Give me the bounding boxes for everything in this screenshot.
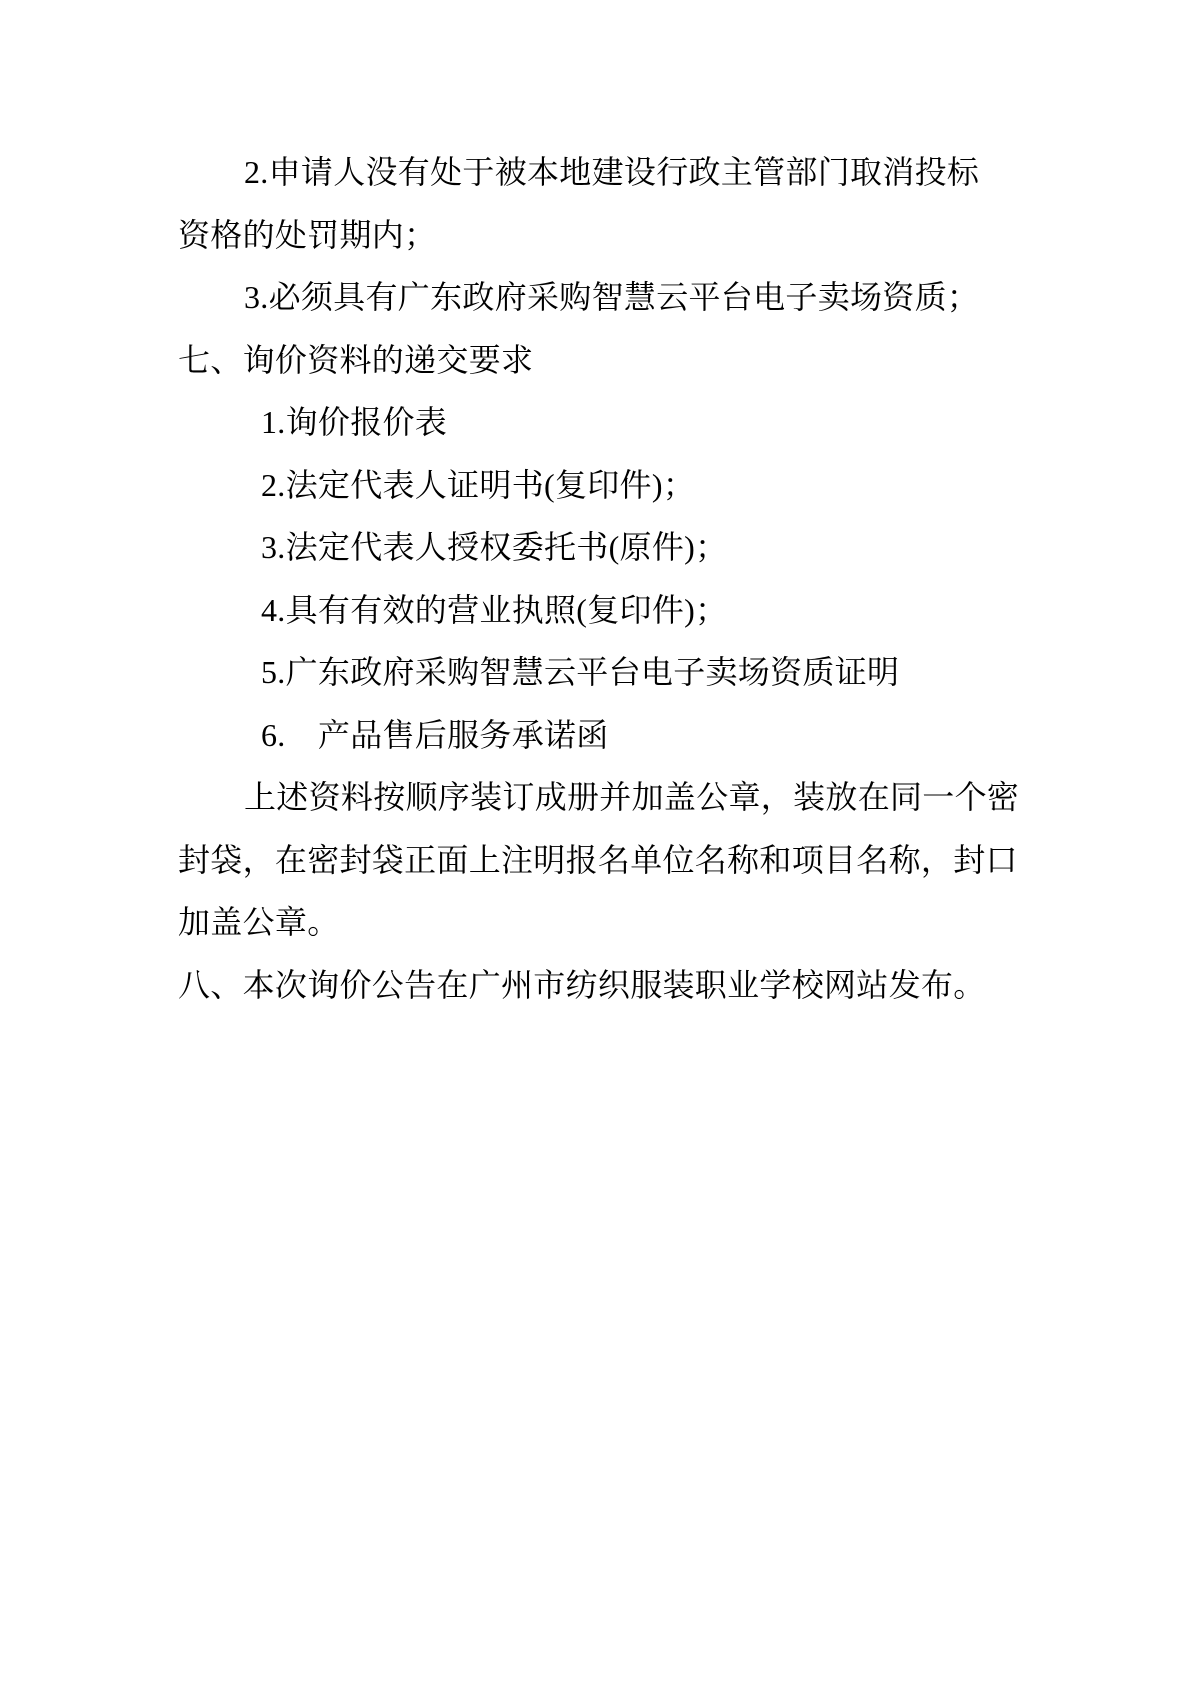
doc-line: 加盖公章。 [178, 891, 1018, 954]
doc-line: 5.广东政府采购智慧云平台电子卖场资质证明 [178, 641, 1018, 704]
doc-line: 2.法定代表人证明书(复印件)； [178, 454, 1018, 517]
doc-line: 2.申请人没有处于被本地建设行政主管部门取消投标 [178, 141, 1018, 204]
doc-line: 上述资料按顺序装订成册并加盖公章，装放在同一个密 [178, 766, 1018, 829]
doc-line: 6. 产品售后服务承诺函 [178, 704, 1018, 767]
doc-line: 3.必须具有广东政府采购智慧云平台电子卖场资质； [178, 266, 1018, 329]
document-page: 2.申请人没有处于被本地建设行政主管部门取消投标资格的处罚期内；3.必须具有广东… [0, 0, 1190, 1683]
doc-line: 七、询价资料的递交要求 [178, 329, 1018, 392]
doc-line: 4.具有有效的营业执照(复印件)； [178, 579, 1018, 642]
doc-line: 封袋，在密封袋正面上注明报名单位名称和项目名称，封口 [178, 829, 1018, 892]
doc-line: 3.法定代表人授权委托书(原件)； [178, 516, 1018, 579]
doc-line: 1.询价报价表 [178, 391, 1018, 454]
doc-line: 资格的处罚期内； [178, 204, 1018, 267]
document-body: 2.申请人没有处于被本地建设行政主管部门取消投标资格的处罚期内；3.必须具有广东… [178, 141, 1018, 1016]
doc-line: 八、本次询价公告在广州市纺织服装职业学校网站发布。 [178, 954, 1018, 1017]
